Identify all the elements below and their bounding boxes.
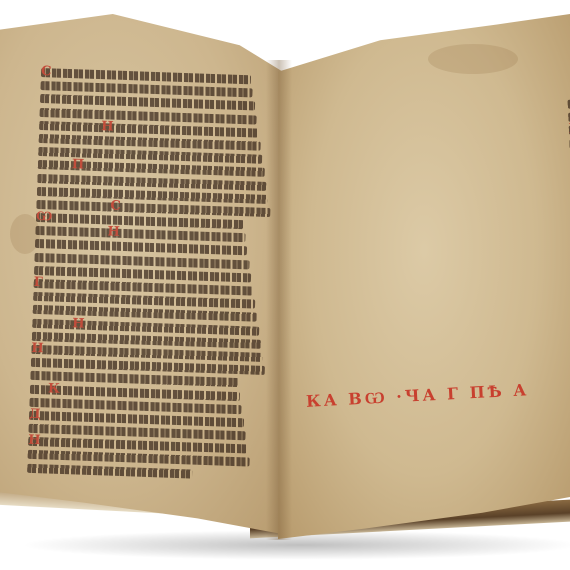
red-initial: Н <box>72 317 85 330</box>
left-page: СНПСѠНГННКДН <box>0 14 282 534</box>
red-initial: Н <box>28 434 41 447</box>
right-page: ПНСѴСПѦСАГП КА ВѠ ·ЧА Г ПѢ А <box>278 14 570 539</box>
red-initial: Г <box>33 276 42 289</box>
stain <box>428 44 518 74</box>
red-initial: Д <box>29 408 41 421</box>
rubric-heading: КА ВѠ ·ЧА Г ПѢ А <box>306 380 530 412</box>
red-initial: Н <box>31 342 44 355</box>
red-initial: К <box>48 382 60 395</box>
red-initial: Н <box>107 226 120 239</box>
left-text-block: СНПСѠНГННКДН <box>27 68 277 485</box>
red-initial: С <box>110 199 121 212</box>
manuscript-photo: СНПСѠНГННКДН ПНСѴСПѦСАГП КА ВѠ ·ЧА Г ПѢ … <box>0 0 570 570</box>
red-initial: С <box>41 65 52 78</box>
script-line <box>27 463 192 478</box>
red-initial: П <box>72 158 85 171</box>
red-initial: Ѡ <box>36 210 53 224</box>
book-gutter <box>266 60 292 540</box>
red-initial: Н <box>101 120 114 133</box>
